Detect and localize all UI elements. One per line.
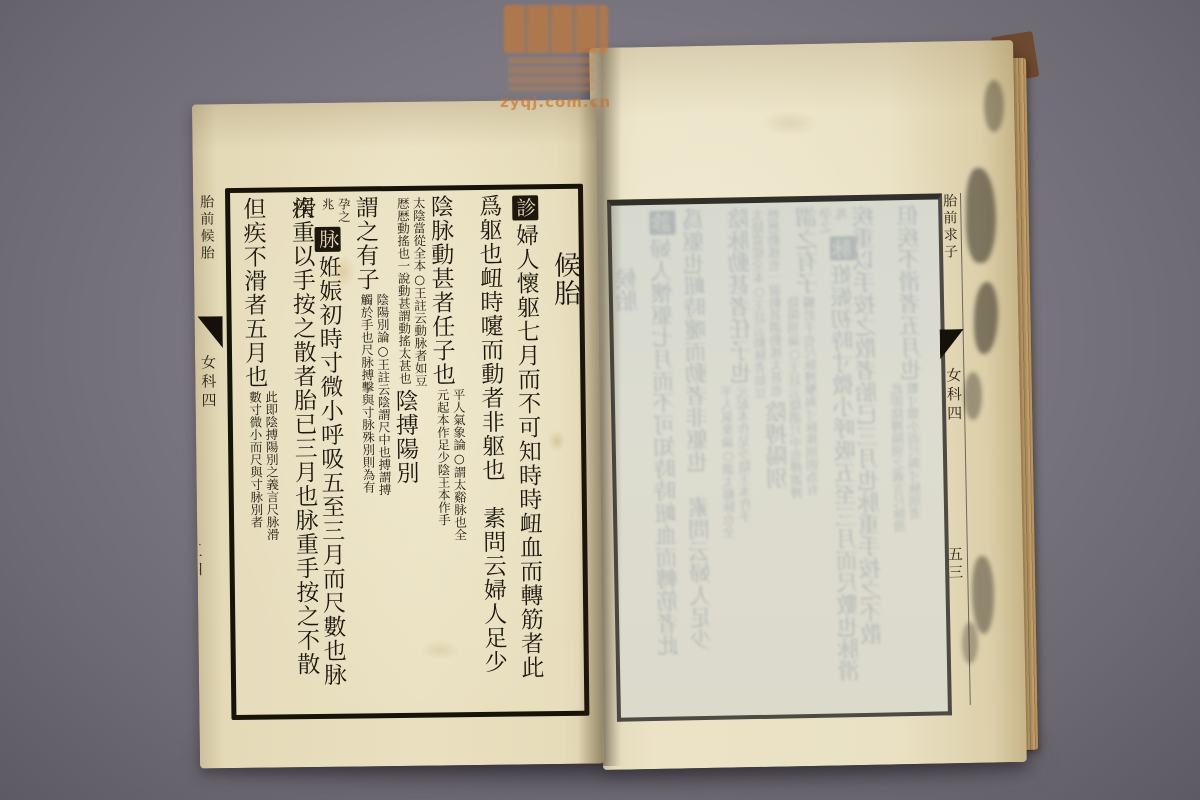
left-page-text-frame: 候胎診婦人懷躯七月而不可知時時衄血而轉筋者此爲躯也衄時嚔而動者非躯也素問云婦人足… <box>225 184 589 720</box>
annotation-subcolumn: 數寸微小而尺與寸脉別者 <box>907 382 926 532</box>
annotation-subcolumn: 觸於手也尺脉搏擊與寸脉殊別則為有 <box>803 296 823 499</box>
text-column: 爲躯也衄時嚔而動者非躯也素問云婦人足少 <box>463 194 507 708</box>
ghost-text: 太陰當從全本○王註云動脉者如豆厯厯動搖也一說動甚謂動搖太甚也 <box>751 208 787 399</box>
show-through-text: 候胎診婦人懷躯七月而不可知時時衄血而轉筋者此爲躯也衄時嚔而動者非躯也素問云婦人足… <box>615 204 944 714</box>
text-column: 疾重以手按之散者胎已三月也脉重手按之不散 <box>275 196 319 710</box>
left-page: 候胎診婦人懷躯七月而不可知時時衄血而轉筋者此爲躯也衄時嚔而動者非躯也素問云婦人足… <box>192 100 604 769</box>
topic-marker-char: 診 <box>649 211 675 235</box>
ghost-text: 陰陽別論○王註云陰謂尺中也搏謂搏觸於手也尺脉搏擊與寸脉殊別則為有 <box>787 296 823 499</box>
right-page-text-frame: 候胎診婦人懷躯七月而不可知時時衄血而轉筋者此爲躯也衄時嚔而動者非躯也素問云婦人足… <box>607 193 952 721</box>
annotation-subcolumn: 此即陰搏陽別之義言尺脉滑 <box>261 390 279 540</box>
body-text-segment: 候胎 <box>549 251 581 307</box>
left-volume-label: 女科四 <box>202 354 220 464</box>
ghost-text: 孕之兆 <box>819 207 851 233</box>
ink-smudge <box>964 372 982 420</box>
annotation-subcolumn: 兆 <box>318 198 334 223</box>
topic-marker-char: 脉 <box>314 227 340 252</box>
ink-smudge <box>962 622 978 664</box>
watermark-url: zyqj.com.cn <box>500 93 618 111</box>
text-column: 陰脉動甚者任子也平人氣象論○謂太谿脉也全元起本作足少陰王本作手 <box>425 194 469 708</box>
topic-marker-char: 診 <box>512 195 538 220</box>
left-black-tab-icon <box>198 316 223 348</box>
right-running-title: 胎前求子 <box>942 193 962 333</box>
body-text-segment: 陰陽別論○王註云陰謂尺中也搏謂搏觸於手也尺脉搏擊與寸脉殊別則為有 <box>357 293 391 496</box>
ghost-text: 素問云婦人足少 <box>688 496 716 650</box>
annotation-subcolumn: 厯厯動搖也一說動甚謂動搖太甚也 <box>393 197 411 387</box>
ghost-text: 爲躯也衄時嚔而動者非躯也 <box>682 208 712 472</box>
right-volume-label: 女科四 <box>947 367 966 477</box>
annotation-subcolumn: 平人氣象論○謂太谿脉也全 <box>449 388 467 541</box>
body-text-segment: 但疾不滑者五月也 <box>239 197 267 389</box>
body-text-segment: 疾重以手按之散者胎已三月也脉重手按之不散 <box>288 196 320 676</box>
body-text-segment: 平人氣象論○謂太谿脉也全元起本作足少陰王本作手 <box>433 388 467 541</box>
text-column: 候胎 <box>538 193 582 707</box>
annotation-subcolumn: 元起本作足少陰王本作手 <box>737 385 756 538</box>
ghost-text <box>627 209 629 267</box>
body-text-segment <box>491 482 492 506</box>
annotation-subcolumn: 孕之 <box>819 207 835 232</box>
text-column: 謂之有子陰陽別論○王註云陰謂尺中也搏謂搏觸於手也尺脉搏擊與寸脉殊別則為有 <box>350 195 394 709</box>
left-running-title: 胎前候胎 <box>199 194 218 324</box>
text-column: 太陰當從全本○王註云動脉者如豆厯厯動搖也一說動甚謂動搖太甚也陰搏陽別 <box>388 195 432 709</box>
watermark-emblem-icon <box>508 57 594 91</box>
ghost-text: 候胎 <box>615 267 641 311</box>
text-column: 但疾不滑者五月也此即陰搏陽別之義言尺脉滑數寸微小而尺與寸脉別者 <box>238 196 282 710</box>
body-text-segment: 此即陰搏陽別之義言尺脉滑數寸微小而尺與寸脉別者 <box>245 390 279 540</box>
page-curvature-shading <box>589 40 1014 118</box>
body-text-segment: 素問云婦人足少 <box>479 506 507 674</box>
body-text: 候胎診婦人懷躯七月而不可知時時衄血而轉筋者此爲躯也衄時嚔而動者非躯也素問云婦人足… <box>233 193 581 711</box>
left-running-title-text: 胎前候胎 <box>199 194 217 262</box>
body-text-segment: 謂之有子 <box>352 195 379 291</box>
body-text-segment: 陰脉動甚者任子也 <box>427 194 455 386</box>
right-page: 候胎診婦人懷躯七月而不可知時時衄血而轉筋者此爲躯也衄時嚔而動者非躯也素問云婦人足… <box>589 40 1027 770</box>
body-text-segment: 太陰當從全本○王註云動脉者如豆厯厯動搖也一說動甚謂動搖太甚也 <box>393 197 427 387</box>
ghost-text: 此即陰搏陽別之義言尺脉滑數寸微小而尺與寸脉別者 <box>891 382 926 533</box>
body-text-segment: 孕之兆 <box>318 198 350 223</box>
annotation-subcolumn: 元起本作足少陰王本作手 <box>433 388 451 541</box>
right-folio-number: 五三 <box>950 546 968 636</box>
left-folio-number: 五四 <box>199 542 212 622</box>
body-text-segment <box>563 193 565 251</box>
annotation-subcolumn: 觸於手也尺脉搏擊與寸脉殊別則為有 <box>357 293 375 496</box>
body-text-segment: 婦人懷躯七月而不可知時時衄血而轉筋者此 <box>512 223 544 679</box>
ink-smudge <box>972 556 994 634</box>
text-column: 診婦人懷躯七月而不可知時時衄血而轉筋者此 <box>500 193 544 707</box>
annotation-subcolumn: 厯厯動搖也一說動甚謂動搖太甚也 <box>767 208 787 398</box>
annotation-subcolumn: 孕之 <box>334 198 350 223</box>
ghost-text: 平人氣象論○謂太谿脉也全元起本作足少陰王本作手 <box>721 385 756 538</box>
ghost-text <box>700 472 701 496</box>
left-folio-text: 五四 <box>199 542 205 580</box>
watermark: zyqj.com.cn <box>498 5 618 111</box>
annotation-subcolumn: 數寸微小而尺與寸脉別者 <box>245 391 263 541</box>
ink-smudge <box>984 80 1004 132</box>
body-text-segment: 陰搏陽別 <box>391 389 418 485</box>
ghost-text: 但疾不滑者五月也 <box>897 204 925 380</box>
annotation-subcolumn: 兆 <box>835 207 851 232</box>
watermark-logo-icon <box>504 5 608 53</box>
body-text-segment: 爲躯也衄時嚔而動者非躯也 <box>475 194 505 482</box>
